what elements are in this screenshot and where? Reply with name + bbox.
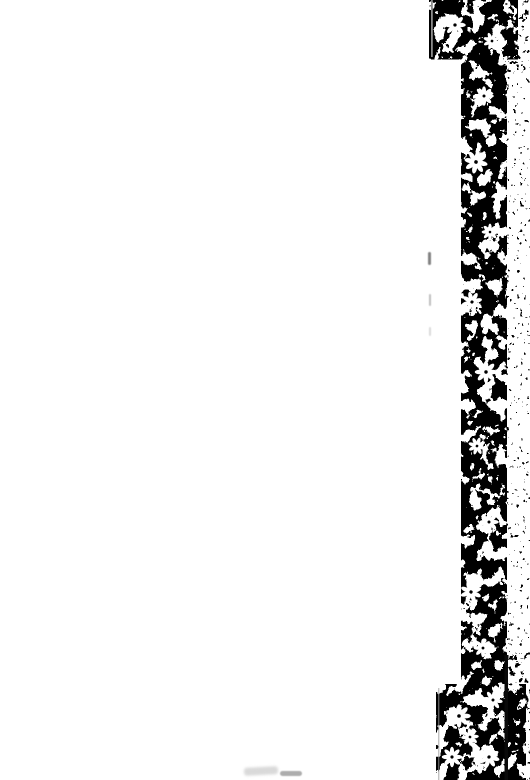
flower-motif bbox=[442, 747, 463, 768]
top-block-edge-line bbox=[431, 0, 433, 57]
scan-background: { "page": { "background": "#ffffff", "in… bbox=[0, 0, 530, 780]
scanned-page bbox=[0, 0, 530, 780]
bottom-block-edge-line bbox=[438, 688, 439, 780]
ornament-dark-band bbox=[505, 655, 509, 780]
flower-motif bbox=[474, 639, 493, 658]
bottom-edge-smudge bbox=[280, 771, 302, 776]
speckle-fringe-middle bbox=[505, 58, 530, 658]
flower-motif bbox=[475, 361, 498, 384]
flower-motif bbox=[444, 14, 466, 36]
flower-motif bbox=[482, 224, 499, 241]
flower-motif bbox=[479, 512, 499, 532]
binding-shadow-dash bbox=[429, 294, 431, 306]
flower-motif bbox=[474, 86, 494, 106]
binding-shadow-dash bbox=[429, 327, 431, 336]
binding-shadow-dash bbox=[428, 252, 431, 265]
flower-motif bbox=[447, 704, 471, 728]
speckle-fringe-top bbox=[504, 0, 528, 66]
endpaper-ornament bbox=[0, 0, 530, 780]
